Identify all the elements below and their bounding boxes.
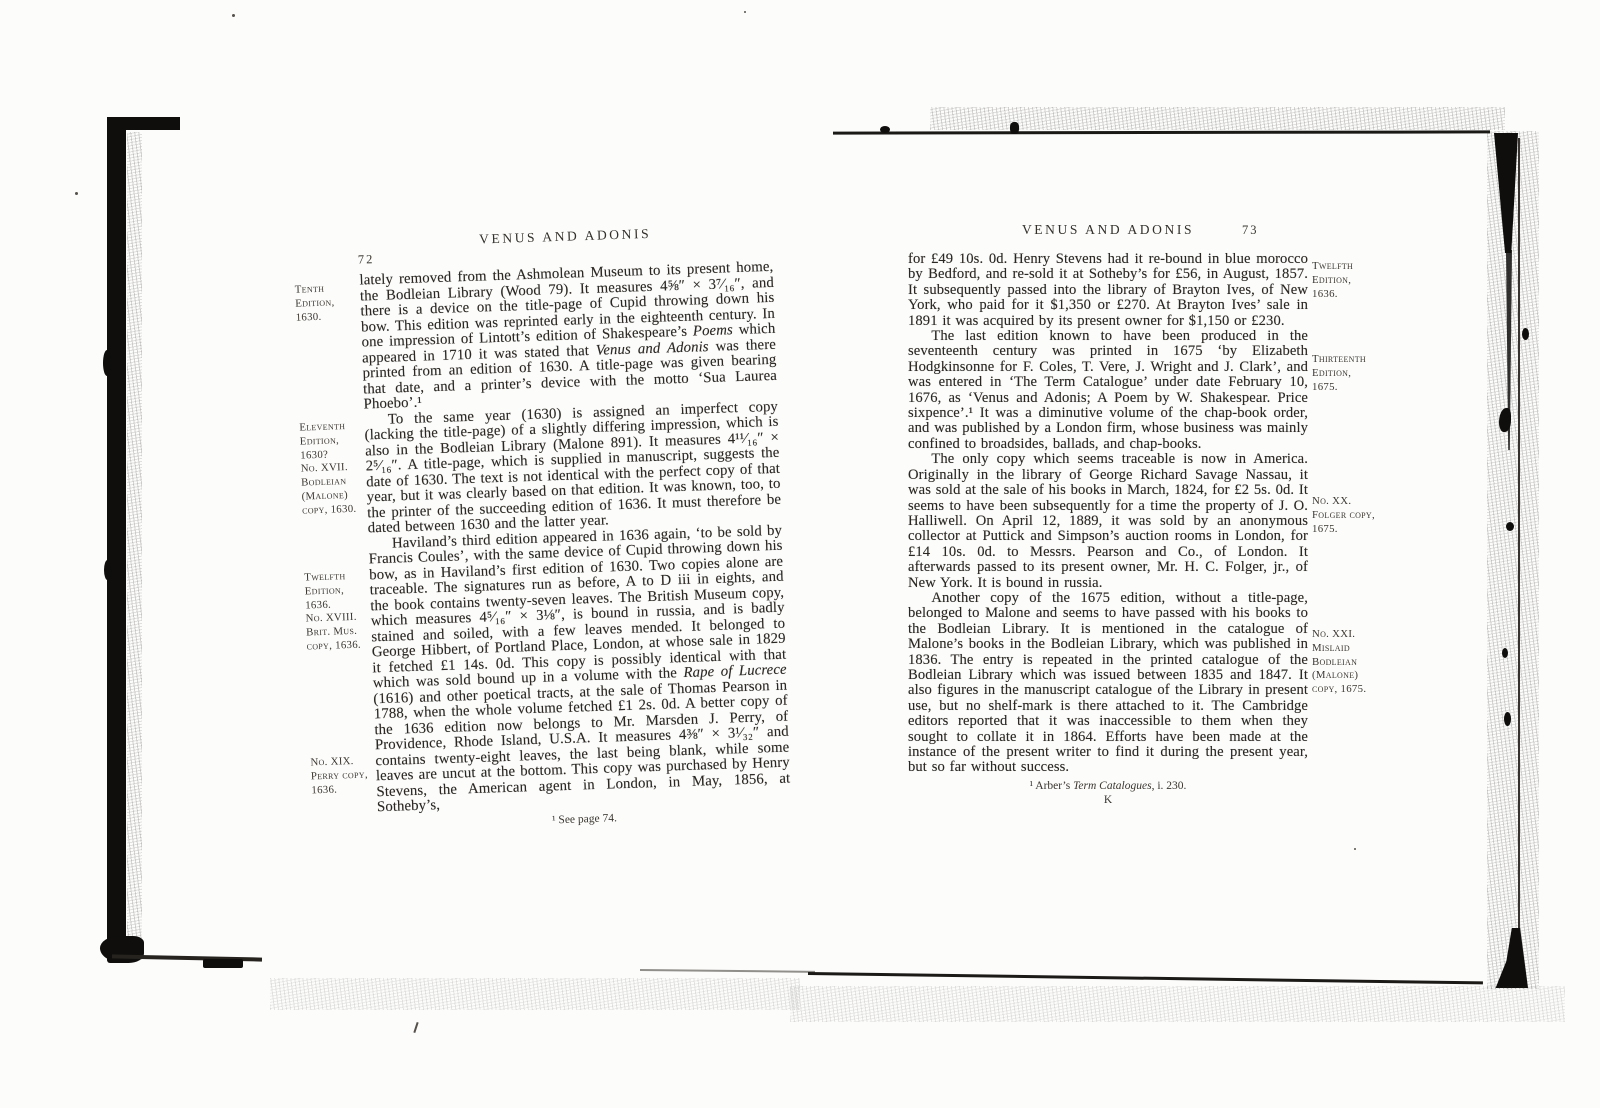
paragraph: To the same year (1630) is assigned an i…: [364, 399, 782, 537]
margin-note-perry-copy: No. XIX. Perry copy, 1636.: [310, 754, 397, 798]
speck-slash: [413, 1022, 418, 1033]
margin-note-mislaid-bodleian: No. XXI. Mislaid Bodleian (Malone) copy,…: [1312, 628, 1398, 697]
bottom-noise-center: [270, 978, 800, 1010]
footnote-right: ¹ Arber’s Term Catalogues, i. 230.: [908, 780, 1308, 792]
margin-note-twelfth-edition: Twelfth Edition, 1636. No. XVIII. Brit. …: [304, 569, 393, 655]
page-number-left: 72: [358, 252, 375, 268]
paragraph: Another copy of the 1675 edition, withou…: [908, 591, 1308, 776]
margin-note-tenth-edition: Tenth Edition, 1630.: [295, 281, 382, 325]
speck-4: [1354, 848, 1356, 850]
paragraph: Haviland’s third edition appeared in 163…: [368, 523, 791, 816]
bottom-rule: [808, 972, 1483, 984]
right-edge-mark-4: [1502, 648, 1508, 658]
top-edge-nick-2: [1010, 122, 1019, 134]
left-body-text: lately removed from the Ashmolean Museum…: [359, 260, 791, 816]
right-edge-mark-5: [1504, 712, 1511, 726]
running-title-left: VENUS AND ADONIS: [358, 222, 772, 252]
spine-side-noise: [127, 132, 142, 960]
paragraph: for £49 10s. 0d. Henry Stevens had it re…: [908, 252, 1308, 329]
speck-1: [232, 14, 235, 17]
spine-bump-1: [103, 350, 111, 376]
right-edge-mark-1: [1522, 328, 1529, 340]
right-edge-noise: [1487, 131, 1539, 989]
page-number-right: 73: [1242, 223, 1259, 238]
right-edge-mark-2: [1499, 408, 1511, 432]
paragraph: The last edition known to have been prod…: [908, 329, 1308, 452]
margin-note-twelfth-edition-cont: Twelfth Edition, 1636.: [1312, 260, 1398, 301]
spine-bottom-dash: [203, 959, 243, 968]
margin-note-eleventh-edition: Eleventh Edition, 1630? No. XVII. Bodlei…: [299, 419, 388, 518]
right-edge-mark-3: [1506, 522, 1514, 531]
top-edge-rule: [833, 130, 1490, 134]
top-edge-nick-1: [880, 126, 890, 133]
spine-streak: [107, 117, 126, 963]
right-edge-line: [1518, 138, 1520, 986]
signature-mark: K: [908, 794, 1308, 806]
margin-note-folger-copy: No. XX. Folger copy, 1675.: [1312, 495, 1398, 536]
bottom-noise-right: [790, 986, 1565, 1022]
spine-bump-2: [104, 560, 111, 580]
margin-note-thirteenth-edition: Thirteenth Edition, 1675.: [1312, 353, 1398, 394]
speck-3: [75, 192, 78, 195]
speck-2: [744, 11, 746, 13]
right-page: VENUS AND ADONIS 73 Twelfth Edition, 163…: [880, 213, 1400, 806]
right-body-text: for £49 10s. 0d. Henry Stevens had it re…: [908, 252, 1308, 776]
paragraph: The only copy which seems traceable is n…: [908, 452, 1308, 591]
left-page: VENUS AND ADONIS 72 Tenth Edition, 1630.…: [285, 219, 817, 834]
spine-top-bar: [107, 117, 180, 130]
bottom-rule-faint: [640, 969, 815, 973]
scanned-book-spread: { "accent_ink_color": "#0f0e0c", "paper_…: [0, 0, 1600, 1108]
paragraph: lately removed from the Ashmolean Museum…: [359, 260, 777, 413]
